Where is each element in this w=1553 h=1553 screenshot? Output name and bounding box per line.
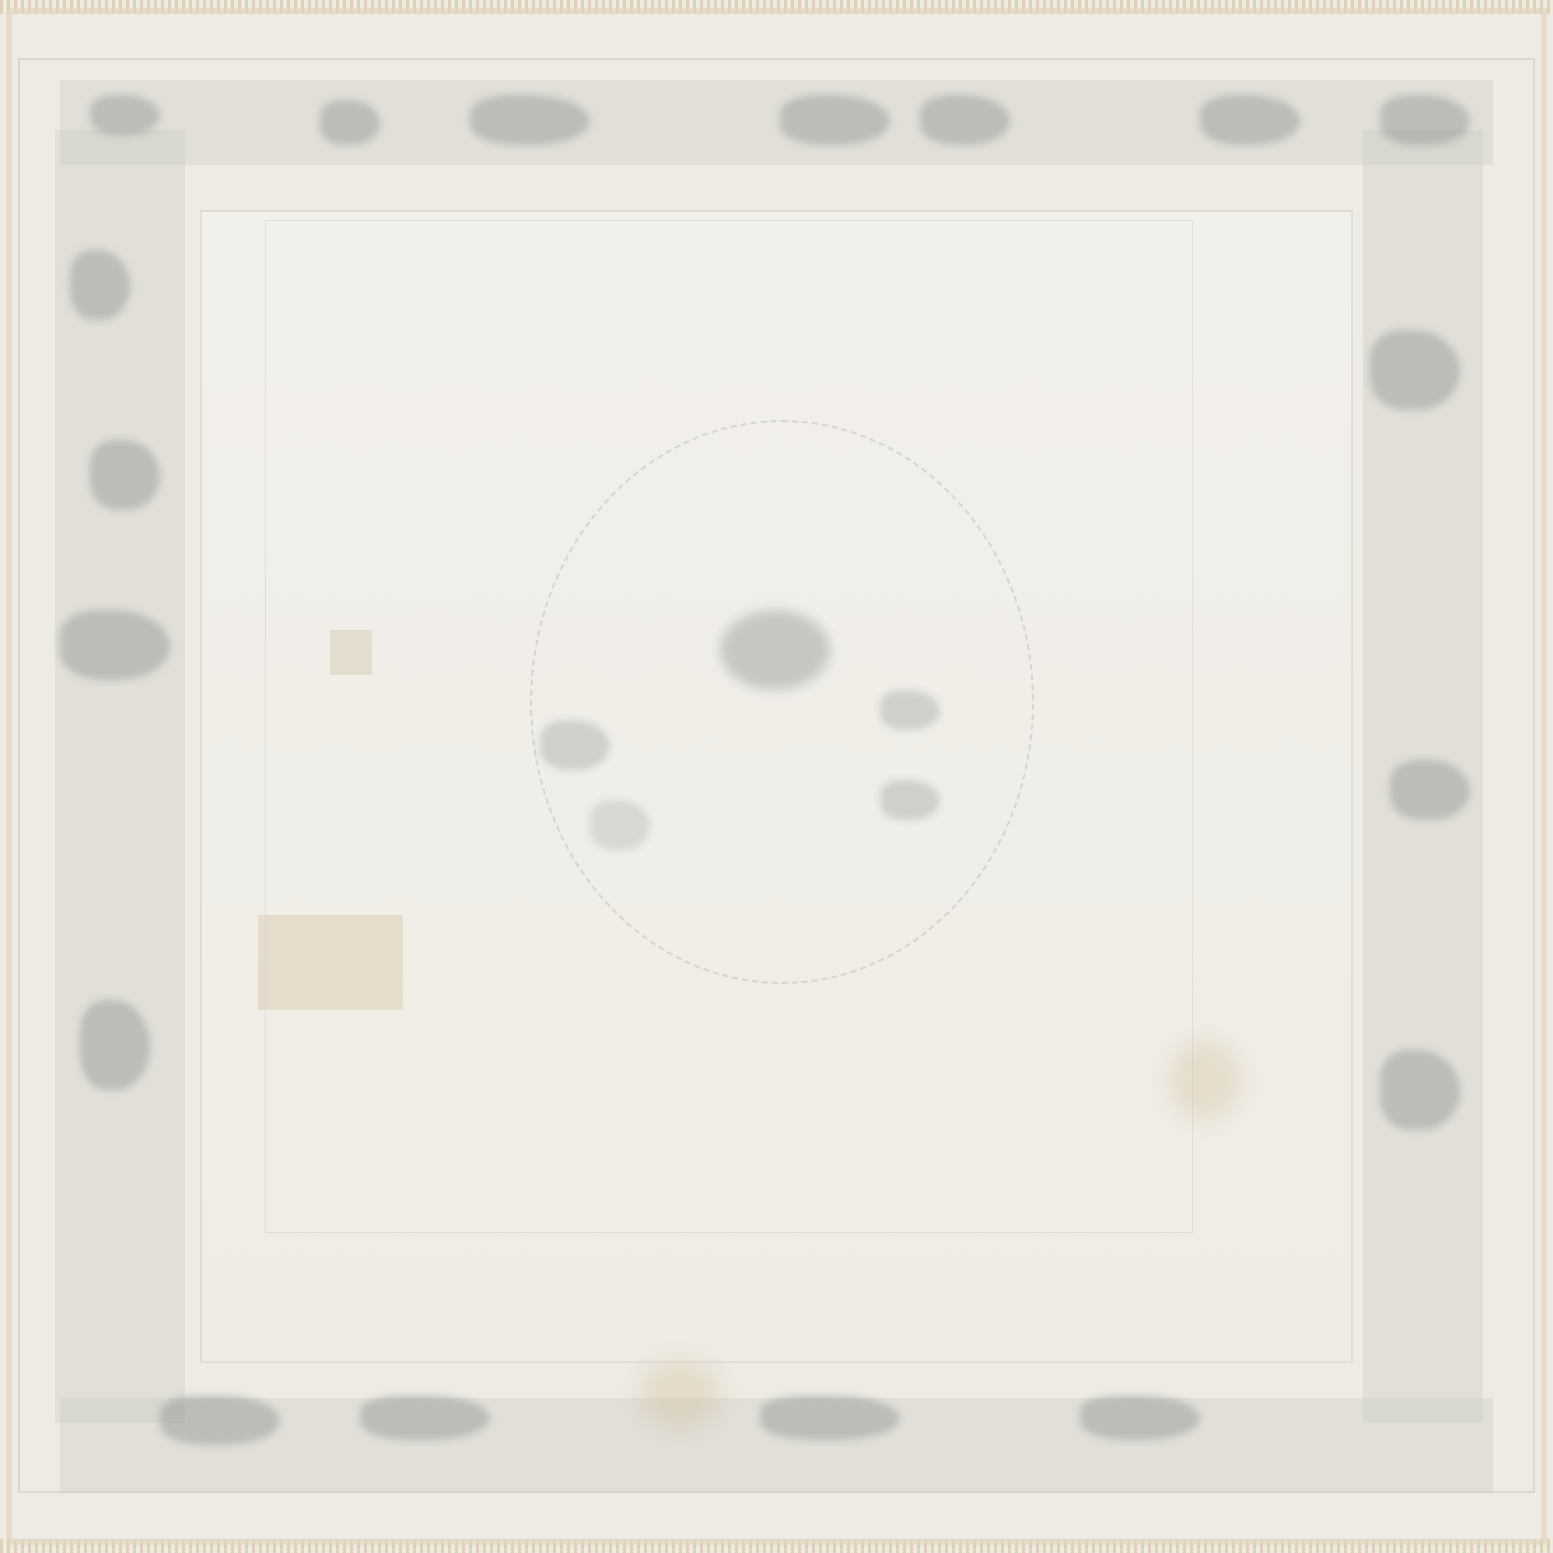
border-motif [90,95,160,135]
border-motif [1080,1395,1200,1440]
border-motif [90,440,160,510]
border-motif [70,250,130,320]
faded-stain [1170,1040,1240,1120]
field-motif [590,800,650,850]
border-motif [1390,760,1470,820]
field-motif [540,720,610,770]
border-motif [470,95,590,145]
left-border-band [55,130,185,1423]
repair-patch [330,630,372,675]
border-motif [1200,95,1300,145]
faded-stain [640,1360,720,1430]
border-motif [780,95,890,145]
border-motif [1370,330,1460,410]
rug-photo [0,0,1553,1553]
border-motif [80,1000,150,1090]
medallion-core [720,610,830,690]
repair-patch [258,915,403,1010]
border-motif [1380,1050,1460,1130]
border-motif [320,100,380,145]
border-motif [920,95,1010,145]
field-motif [880,690,940,730]
field-motif [880,780,940,820]
border-motif [1380,95,1470,145]
central-medallion [530,420,1034,984]
border-motif [160,1395,280,1445]
border-motif [760,1395,900,1440]
border-motif [60,610,170,680]
border-motif [360,1395,490,1440]
